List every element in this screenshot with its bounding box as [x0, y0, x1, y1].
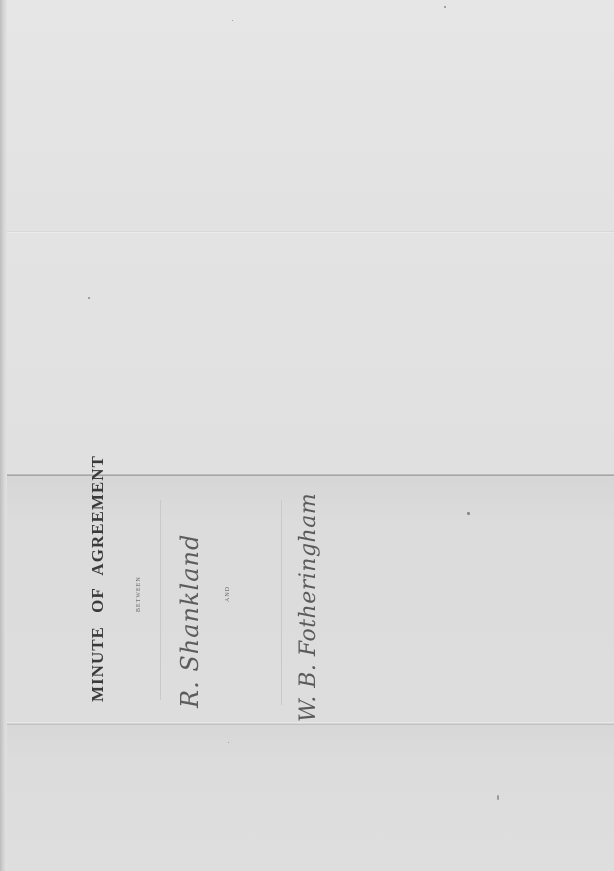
paper-speck — [497, 795, 499, 800]
paper-speck — [88, 297, 90, 299]
paper-speck — [232, 20, 233, 21]
paper-speck — [228, 742, 229, 743]
paper-speck — [467, 512, 470, 515]
fold-crease — [7, 722, 614, 725]
fold-panel-2 — [7, 233, 614, 474]
ruled-guide-line — [281, 500, 282, 705]
document-title: MINUTE OF AGREEMENT — [88, 455, 108, 702]
paper-speck — [444, 6, 446, 8]
fold-panel-4 — [7, 725, 614, 871]
fold-panel-1 — [7, 0, 614, 232]
connector-between: BETWEEN — [136, 576, 142, 612]
party-b-handwritten-name: W. B. Fotheringham — [296, 493, 321, 722]
scanned-document-sheet: MINUTE OF AGREEMENT BETWEEN AND R. Shank… — [0, 0, 614, 871]
ruled-guide-line — [160, 500, 161, 700]
paper-left-edge — [0, 0, 7, 871]
party-a-handwritten-name: R. Shankland — [176, 534, 204, 708]
fold-crease — [7, 231, 614, 233]
connector-and: AND — [225, 586, 231, 602]
